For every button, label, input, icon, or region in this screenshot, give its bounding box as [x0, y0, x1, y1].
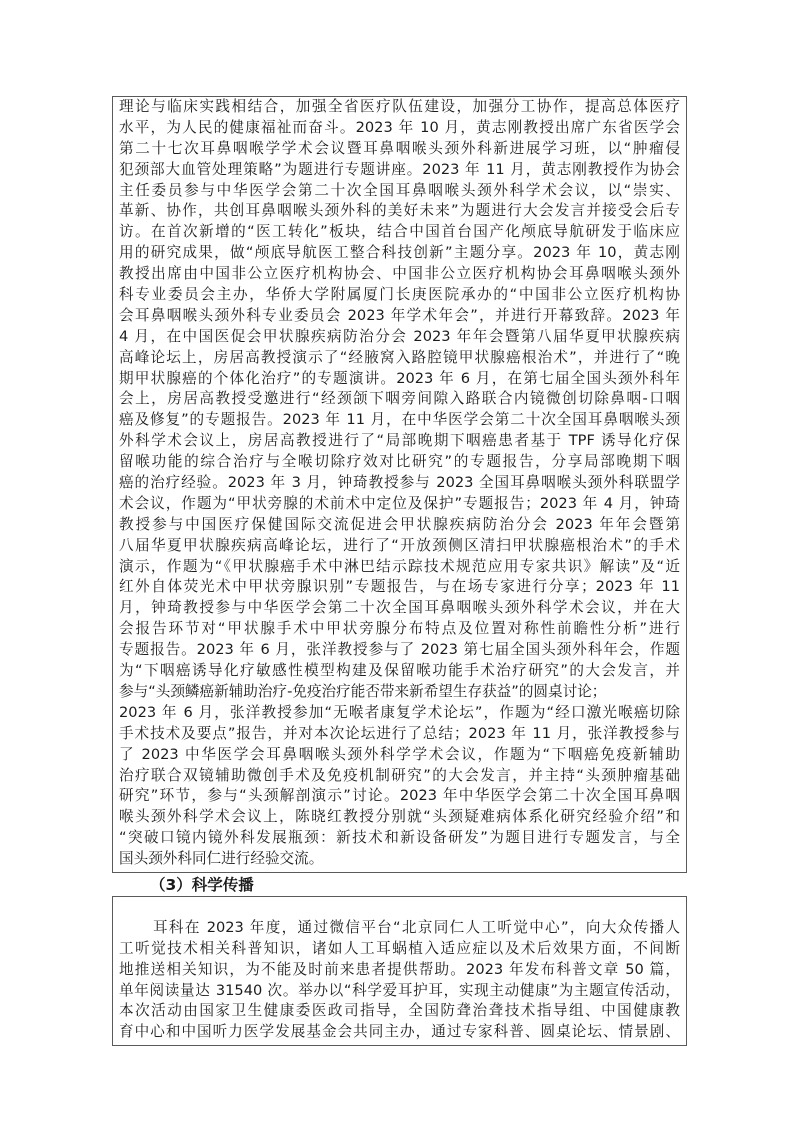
text-line: 演示，作题为“《甲状腺癌手术中淋巴结示踪技术规范应用专家共识》解读”及“近: [119, 557, 680, 578]
text-line: 访。在首次新增的“医工转化”板块，结合中国首台国产化颅底导航研发于临床应: [119, 222, 680, 243]
text-line: 八届华夏甲状腺疾病高峰论坛，进行了“开放颈侧区清扫甲状腺癌根治术”的手术: [119, 536, 680, 557]
blank-line: [119, 897, 680, 918]
text-line: 参与“头颈鳞癌新辅助治疗-免疫治疗能否带来新希望生存获益”的圆桌讨论；: [119, 682, 680, 703]
text-line: 水平，为人民的健康福祉而奋斗。2023 年 10 月，黄志刚教授出席广东省医学会: [119, 118, 680, 139]
text-line: 会耳鼻咽喉头颈外科专业委员会 2023 年学术年会”，并进行开幕致辞。2023 …: [119, 306, 680, 327]
text-line: 癌的治疗经验。2023 年 3 月，钟琦教授参与 2023 全国耳鼻咽喉头颈外科…: [119, 473, 680, 494]
text-line: 高峰论坛上，房居高教授演示了“经腋窝入路腔镜甲状腺癌根治术”，并进行了“晚: [119, 348, 680, 369]
text-line: 研究”环节，参与“头颈解剖演示”讨论。2023 年中华医学会第二十次全国耳鼻咽: [119, 786, 680, 807]
text-line: 单年阅读量达 31540 次。举办以“科学爱耳护耳，实现主动健康”为主题宣传活动…: [119, 981, 680, 1002]
text-line: 育中心和中国听力医学发展基金会共同主办，通过专家科普、圆桌论坛、情景剧、: [119, 1022, 680, 1043]
text-line: 理论与临床实践相结合，加强全省医疗队伍建设，加强分工协作，提高总体医疗: [119, 97, 680, 118]
science-communication-text-box: 耳科在 2023 年度，通过微信平台“北京同仁人工听觉中心”，向大众传播人 工听…: [112, 896, 687, 1046]
text-line: 留喉功能的综合治疗与全喉切除疗效对比研究”的专题报告，分享局部晚期下咽: [119, 452, 680, 473]
text-line: 外科学术会议上，房居高教授进行了“局部晚期下咽癌患者基于 TPF 诱导化疗保: [119, 431, 680, 452]
text-line: 红外自体荧光术中甲状旁腺识别”专题报告，与在场专家进行分享；2023 年 11: [119, 577, 680, 598]
text-line: 喉头颈外科学术会议上，陈晓红教授分别就“头颈疑难病体系化研究经验介绍”和: [119, 807, 680, 828]
text-line: 了 2023 中华医学会耳鼻咽喉头颈外科学学术会议，作题为“下咽癌免疫新辅助: [119, 745, 680, 766]
text-line: 会上，房居高教授受邀进行“经颈颌下咽旁间隙入路联合内镜微创切除鼻咽-口咽: [119, 389, 680, 410]
text-line: 科专业委员会主办，华侨大学附属厦门长庚医院承办的“中国非公立医疗机构协: [119, 285, 680, 306]
text-line: 耳科在 2023 年度，通过微信平台“北京同仁人工听觉中心”，向大众传播人: [119, 918, 680, 939]
text-line: 期甲状腺癌的个体化治疗”的专题演讲。2023 年 6 月，在第七届全国头颈外科年: [119, 369, 680, 390]
section-heading-science-communication: （3）科学传播: [150, 875, 254, 896]
text-line: 国头颈外科同仁进行经验交流。: [119, 849, 680, 870]
text-line: 教授出席由中国非公立医疗机构协会、中国非公立医疗机构协会耳鼻咽喉头颈外: [119, 264, 680, 285]
text-line: 2023 年 6 月，张洋教授参加“无喉者康复学术论坛”，作题为“经口激光喉癌切…: [119, 703, 680, 724]
text-line: 癌及修复”的专题报告。2023 年 11 月，在中华医学会第二十次全国耳鼻咽喉头…: [119, 410, 680, 431]
text-line: 教授参与中国医疗保健国际交流促进会甲状腺疾病防治分会 2023 年年会暨第: [119, 515, 680, 536]
text-line: “突破口镜内镜外科发展瓶颈：新技术和新设备研发”为题目进行专题发言，与全: [119, 828, 680, 849]
text-line: 革新、协作，共创耳鼻咽喉头颈外科的美好未来”为题进行大会发言并接受会后专: [119, 201, 680, 222]
text-line: 术会议，作题为“甲状旁腺的术前术中定位及保护”专题报告；2023 年 4 月，钟…: [119, 494, 680, 515]
text-line: 月，钟琦教授参与中华医学会第二十次全国耳鼻咽喉头颈外科学术会议，并在大: [119, 598, 680, 619]
text-line: 治疗联合双镜辅助微创手术及免疫机制研究”的大会发言，并主持“头颈肿瘤基础: [119, 766, 680, 787]
text-line: 用的研究成果，做“颅底导航医工整合科技创新”主题分享。2023 年 10，黄志刚: [119, 243, 680, 264]
text-line: 为“下咽癌诱导化疗敏感性模型构建及保留喉功能手术治疗研究”的大会发言，并: [119, 661, 680, 682]
text-line: 主任委员参与中华医学会第二十次全国耳鼻咽喉头颈外科学术会议，以“崇实、: [119, 181, 680, 202]
text-line: 地推送相关知识，为不能及时前来患者提供帮助。2023 年发布科普文章 50 篇，: [119, 960, 680, 981]
text-line: 本次活动由国家卫生健康委医政司指导，全国防聋治聋技术指导组、中国健康教: [119, 1001, 680, 1022]
text-line: 手术技术及要点”报告，并对本次论坛进行了总结；2023 年 11 月，张洋教授参…: [119, 724, 680, 745]
academic-exchange-text-box: 理论与临床实践相结合，加强全省医疗队伍建设，加强分工协作，提高总体医疗 水平，为…: [112, 96, 687, 873]
text-line: 第二十七次耳鼻咽喉学学术会议暨耳鼻咽喉头颈外科新进展学习班，以“肿瘤侵: [119, 139, 680, 160]
text-line: 犯颈部大血管处理策略”为题进行专题讲座。2023 年 11 月，黄志刚教授作为协…: [119, 160, 680, 181]
text-line: 会报告环节对“甲状腺手术中甲状旁腺分布特点及位置对称性前瞻性分析”进行: [119, 619, 680, 640]
text-line: 4 月，在中国医促会甲状腺疾病防治分会 2023 年年会暨第八届华夏甲状腺疾病: [119, 327, 680, 348]
text-line: 专题报告。2023 年 6 月，张洋教授参与了 2023 第七届全国头颈外科年会…: [119, 640, 680, 661]
text-line: 工听觉技术相关科普知识，诸如人工耳蜗植入适应症以及术后效果方面，不间断: [119, 939, 680, 960]
